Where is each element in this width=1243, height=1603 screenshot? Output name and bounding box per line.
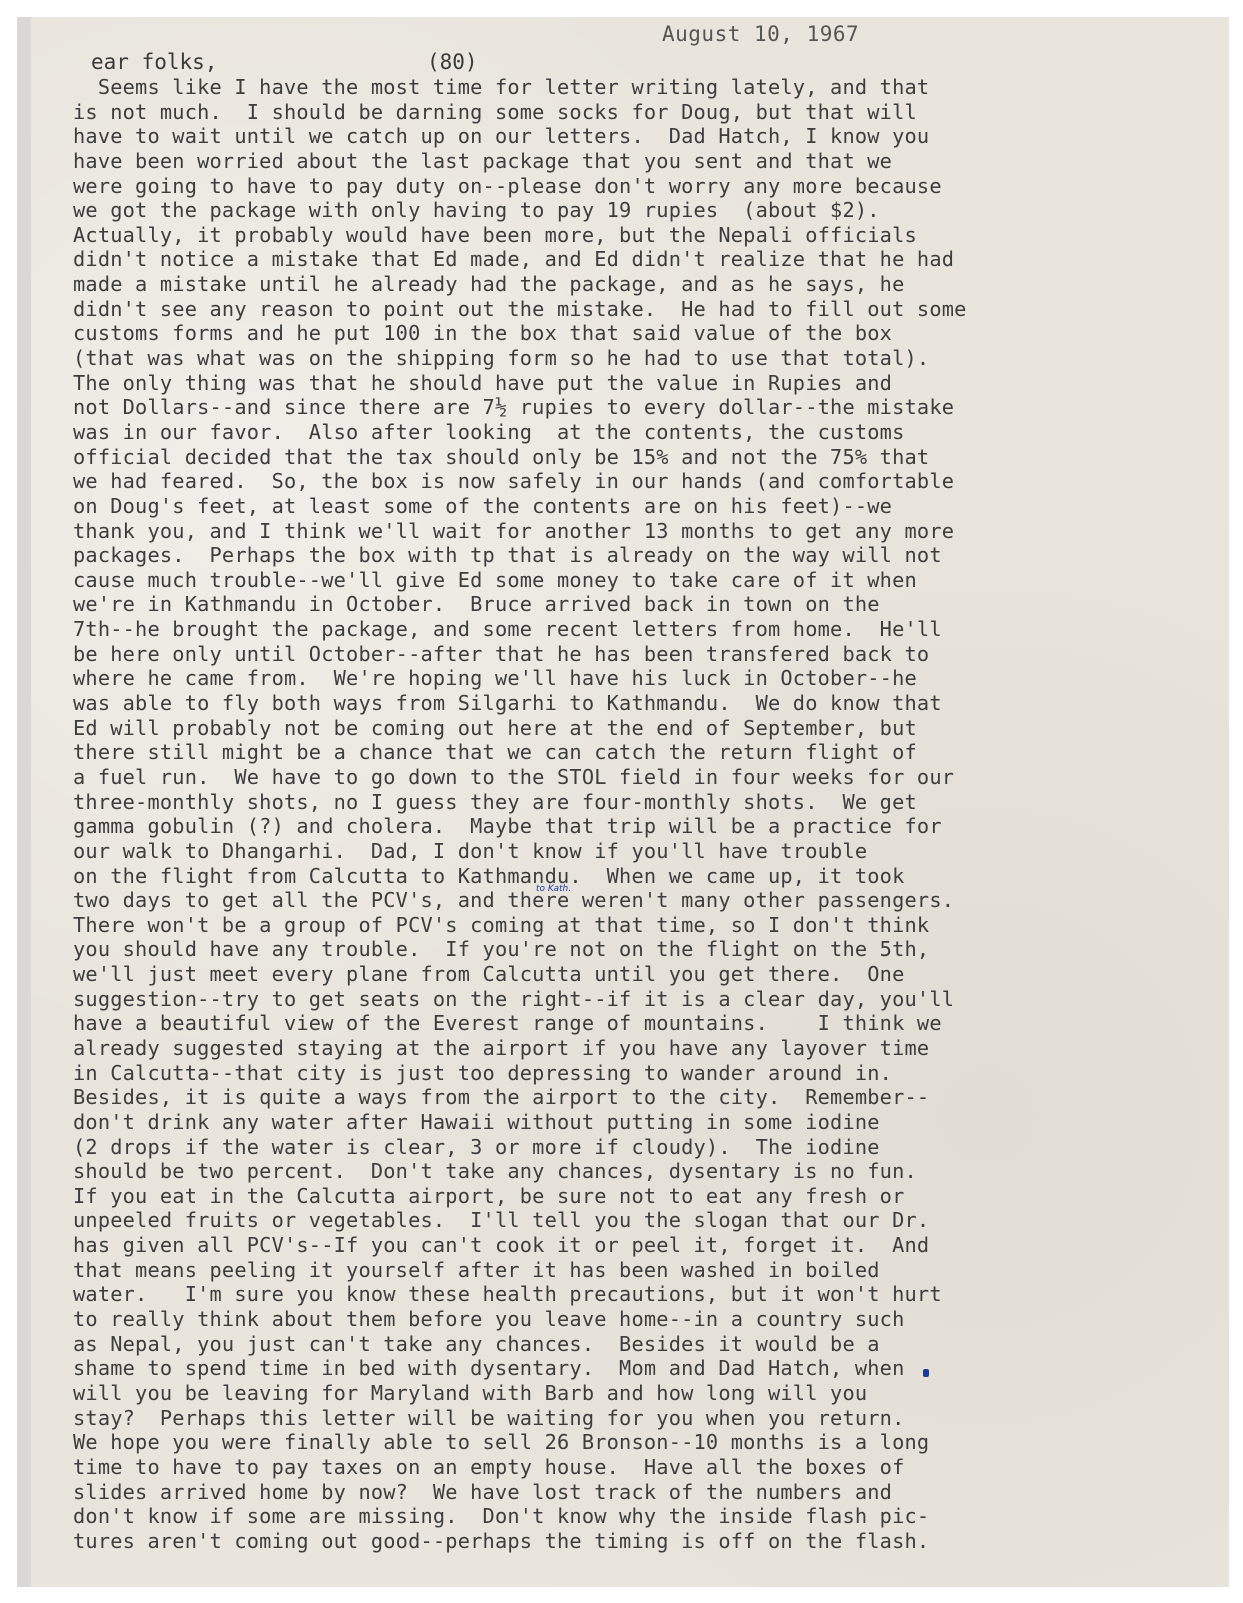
letter-line: made a mistake until he already had the … (73, 272, 1203, 297)
letter-line: stay? Perhaps this letter will be waitin… (73, 1406, 1203, 1431)
salutation: ear folks, (91, 50, 217, 74)
letter-line: water. I'm sure you know these health pr… (73, 1282, 1203, 1307)
letter-line: slides arrived home by now? We have lost… (73, 1480, 1203, 1505)
letter-line: in Calcutta--that city is just too depre… (73, 1061, 1203, 1086)
letter-line: have been worried about the last package… (73, 149, 1203, 174)
letter-line: Besides, it is quite a ways from the air… (73, 1085, 1203, 1110)
letter-line: 7th--he brought the package, and some re… (73, 617, 1203, 642)
letter-line: customs forms and he put 100 in the box … (73, 321, 1203, 346)
letter-line: don't know if some are missing. Don't kn… (73, 1504, 1203, 1529)
letter-line: there still might be a chance that we ca… (73, 740, 1203, 765)
letter-line: we had feared. So, the box is now safely… (73, 469, 1203, 494)
letter-line: We hope you were finally able to sell 26… (73, 1430, 1203, 1455)
letter-line: was able to fly both ways from Silgarhi … (73, 691, 1203, 716)
letter-line: not Dollars--and since there are 7½ rupi… (73, 395, 1203, 420)
letter-line: official decided that the tax should onl… (73, 445, 1203, 470)
letter-line: Ed will probably not be coming out here … (73, 716, 1203, 741)
letter-line: be here only until October--after that h… (73, 642, 1203, 667)
letter-line: on the flight from Calcutta to Kathmandu… (73, 864, 1203, 889)
letter-line: is not much. I should be darning some so… (73, 100, 1203, 125)
letter-line: should be two percent. Don't take any ch… (73, 1159, 1203, 1184)
letter-line: didn't see any reason to point out the m… (73, 297, 1203, 322)
letter-page: August 10, 1967 ear folks, (80) Seems li… (17, 17, 1229, 1587)
letter-body: Seems like I have the most time for lett… (73, 75, 1203, 1553)
letter-line: tures aren't coming out good--perhaps th… (73, 1529, 1203, 1554)
letter-line: time to have to pay taxes on an empty ho… (73, 1455, 1203, 1480)
letter-line: There won't be a group of PCV's coming a… (73, 913, 1203, 938)
letter-line: already suggested staying at the airport… (73, 1036, 1203, 1061)
letter-line: two days to get all the PCV's, and there… (73, 888, 1203, 913)
letter-line: don't drink any water after Hawaii witho… (73, 1110, 1203, 1135)
letter-line: our walk to Dhangarhi. Dad, I don't know… (73, 839, 1203, 864)
letter-line: have a beautiful view of the Everest ran… (73, 1011, 1203, 1036)
letter-line: The only thing was that he should have p… (73, 371, 1203, 396)
ink-mark (923, 1369, 929, 1377)
letter-line: If you eat in the Calcutta airport, be s… (73, 1184, 1203, 1209)
letter-line: we're in Kathmandu in October. Bruce arr… (73, 592, 1203, 617)
letter-line: you should have any trouble. If you're n… (73, 937, 1203, 962)
letter-line: to really think about them before you le… (73, 1307, 1203, 1332)
letter-line: Seems like I have the most time for lett… (73, 75, 1203, 100)
letter-line: shame to spend time in bed with dysentar… (73, 1356, 1203, 1381)
letter-line: that means peeling it yourself after it … (73, 1258, 1203, 1283)
letter-line: (that was what was on the shipping form … (73, 346, 1203, 371)
letter-line: as Nepal, you just can't take any chance… (73, 1332, 1203, 1357)
letter-line: gamma gobulin (?) and cholera. Maybe tha… (73, 814, 1203, 839)
letter-line: didn't notice a mistake that Ed made, an… (73, 247, 1203, 272)
letter-line: thank you, and I think we'll wait for an… (73, 519, 1203, 544)
page-number: (80) (427, 50, 478, 74)
letter-line: will you be leaving for Maryland with Ba… (73, 1381, 1203, 1406)
letter-line: we got the package with only having to p… (73, 198, 1203, 223)
letter-line: was in our favor. Also after looking at … (73, 420, 1203, 445)
handwritten-annotation: to Kath. (536, 884, 571, 894)
letter-line: packages. Perhaps the box with tp that i… (73, 543, 1203, 568)
letter-line: (2 drops if the water is clear, 3 or mor… (73, 1135, 1203, 1160)
letter-line: has given all PCV's--If you can't cook i… (73, 1233, 1203, 1258)
letter-date: August 10, 1967 (662, 22, 859, 46)
letter-line: were going to have to pay duty on--pleas… (73, 174, 1203, 199)
letter-line: suggestion--try to get seats on the righ… (73, 987, 1203, 1012)
letter-line: on Doug's feet, at least some of the con… (73, 494, 1203, 519)
letter-line: three-monthly shots, no I guess they are… (73, 790, 1203, 815)
letter-line: a fuel run. We have to go down to the ST… (73, 765, 1203, 790)
letter-line: we'll just meet every plane from Calcutt… (73, 962, 1203, 987)
letter-line: cause much trouble--we'll give Ed some m… (73, 568, 1203, 593)
letter-line: have to wait until we catch up on our le… (73, 124, 1203, 149)
letter-line: unpeeled fruits or vegetables. I'll tell… (73, 1208, 1203, 1233)
letter-line: Actually, it probably would have been mo… (73, 223, 1203, 248)
letter-line: where he came from. We're hoping we'll h… (73, 666, 1203, 691)
